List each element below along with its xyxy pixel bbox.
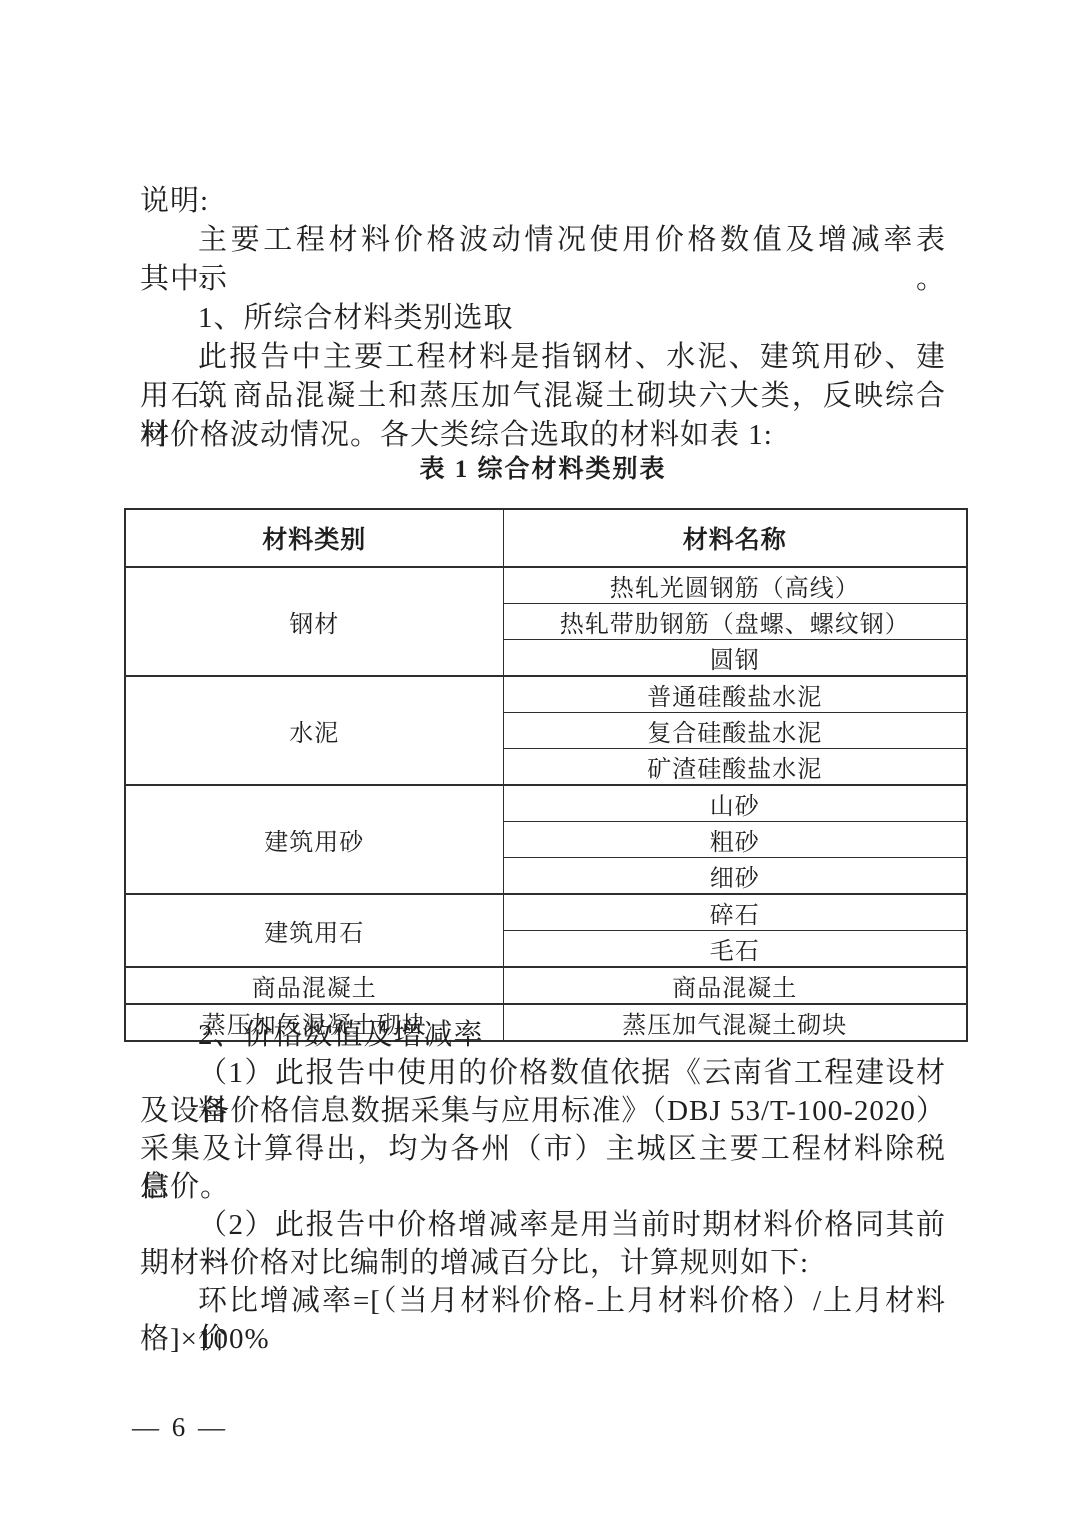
- table-header-category: 材料类别: [125, 509, 503, 567]
- material-cell: 矿渣硅酸盐水泥: [503, 749, 967, 786]
- category-cell: 钢材: [125, 567, 503, 676]
- table-header-material-name: 材料名称: [503, 509, 967, 567]
- material-cell: 粗砂: [503, 822, 967, 858]
- category-cell: 商品混凝土: [125, 967, 503, 1004]
- table-row: 钢材热轧光圆钢筋（高线）: [125, 567, 967, 604]
- text-line: 1、所综合材料类别选取: [140, 299, 946, 338]
- text-line: 格]×100%: [140, 1320, 946, 1358]
- text-line: 期材料价格对比编制的增减百分比，计算规则如下:: [140, 1244, 946, 1282]
- table-row: 商品混凝土商品混凝土: [125, 967, 967, 1004]
- material-cell: 毛石: [503, 931, 967, 968]
- text-line: 用石、商品混凝土和蒸压加气混凝土砌块六大类，反映综合材: [140, 377, 946, 416]
- category-cell: 建筑用砂: [125, 785, 503, 894]
- text-line: 采集及计算得出，均为各州（市）主城区主要工程材料除税信: [140, 1130, 946, 1168]
- table-caption: 表 1 综合材料类别表: [140, 452, 946, 488]
- text-line: 息价。: [140, 1168, 946, 1206]
- page-number: — 6 —: [132, 1412, 228, 1443]
- material-cell: 复合硅酸盐水泥: [503, 713, 967, 749]
- material-cell: 细砂: [503, 858, 967, 895]
- text-line: 主要工程材料价格波动情况使用价格数值及增减率表示。: [140, 221, 946, 260]
- material-cell: 山砂: [503, 785, 967, 822]
- text-line: 此报告中主要工程材料是指钢材、水泥、建筑用砂、建筑: [140, 338, 946, 377]
- document-page: 说明:主要工程材料价格波动情况使用价格数值及增减率表示。其中:1、所综合材料类别…: [0, 0, 1080, 1536]
- material-cell: 普通硅酸盐水泥: [503, 676, 967, 713]
- text-line: （1）此报告中使用的价格数值依据《云南省工程建设材料: [140, 1054, 946, 1092]
- table-row: 建筑用砂山砂: [125, 785, 967, 822]
- table-header-row: 材料类别 材料名称: [125, 509, 967, 567]
- table-row: 建筑用石碎石: [125, 894, 967, 931]
- text-line: 说明:: [140, 182, 946, 221]
- text-line: 及设备价格信息数据采集与应用标准》（DBJ 53/T-100-2020）: [140, 1092, 946, 1130]
- material-cell: 商品混凝土: [503, 967, 967, 1004]
- materials-table: 材料类别 材料名称 钢材热轧光圆钢筋（高线）热轧带肋钢筋（盘螺、螺纹钢）圆钢水泥…: [124, 508, 968, 1042]
- text-line: 2、价格数值及增减率: [140, 1016, 946, 1054]
- material-cell: 热轧带肋钢筋（盘螺、螺纹钢）: [503, 604, 967, 640]
- material-cell: 碎石: [503, 894, 967, 931]
- category-cell: 水泥: [125, 676, 503, 785]
- intro-paragraphs: 说明:主要工程材料价格波动情况使用价格数值及增减率表示。其中:1、所综合材料类别…: [140, 182, 946, 455]
- category-cell: 建筑用石: [125, 894, 503, 967]
- body-paragraphs: 2、价格数值及增减率（1）此报告中使用的价格数值依据《云南省工程建设材料及设备价…: [140, 1016, 946, 1358]
- material-cell: 圆钢: [503, 640, 967, 677]
- text-line: （2）此报告中价格增减率是用当前时期材料价格同其前一: [140, 1206, 946, 1244]
- table-row: 水泥普通硅酸盐水泥: [125, 676, 967, 713]
- text-line: 环比增减率=[（当月材料价格-上月材料价格）/上月材料价: [140, 1282, 946, 1320]
- material-cell: 热轧光圆钢筋（高线）: [503, 567, 967, 604]
- text-line: 料价格波动情况。各大类综合选取的材料如表 1:: [140, 416, 946, 455]
